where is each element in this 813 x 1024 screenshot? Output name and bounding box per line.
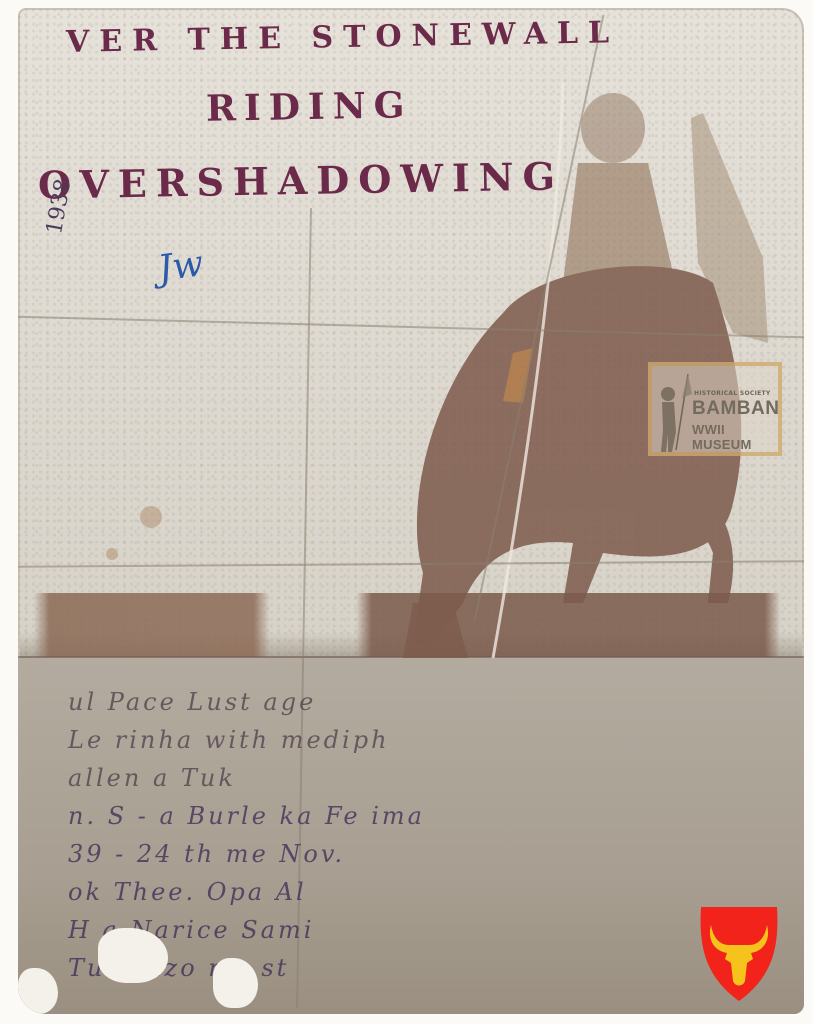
script-line: ok Thee. Opa Al [68, 878, 768, 916]
stain [106, 548, 118, 560]
photo-card: ver the Stonewall Riding Overshadowing 1… [18, 8, 804, 1014]
script-line: H a Narice Sami [68, 916, 768, 954]
watermark-line2: WWII MUSEUM [692, 422, 778, 452]
paper-tear [18, 968, 58, 1014]
handwritten-letter: ul Pace Lust age Le rinha with mediph al… [68, 688, 768, 992]
bull-head-shield-icon [697, 903, 781, 1003]
watermark-title: BAMBAN [692, 398, 779, 420]
blue-ink-mark: Jw [155, 243, 206, 290]
script-line: n. S - a Burle ka Fe ima [68, 802, 768, 840]
script-line: Tuutaizo r a st [68, 954, 768, 992]
script-line: allen a Tuk [68, 764, 768, 802]
script-line: 39 - 24 th me Nov. [68, 840, 768, 878]
watermark-subtitle: HISTORICAL SOCIETY [694, 390, 771, 397]
handwritten-caption-line3: Overshadowing [38, 153, 565, 207]
paper-tear [213, 958, 258, 1008]
script-line: ul Pace Lust age [68, 688, 768, 726]
stain [140, 506, 162, 528]
museum-watermark: HISTORICAL SOCIETY BAMBAN WWII MUSEUM [648, 362, 782, 456]
script-line: Le rinha with mediph [68, 726, 768, 764]
handwritten-caption-line2: Riding [206, 84, 413, 130]
soldier-flag-icon [658, 372, 694, 452]
